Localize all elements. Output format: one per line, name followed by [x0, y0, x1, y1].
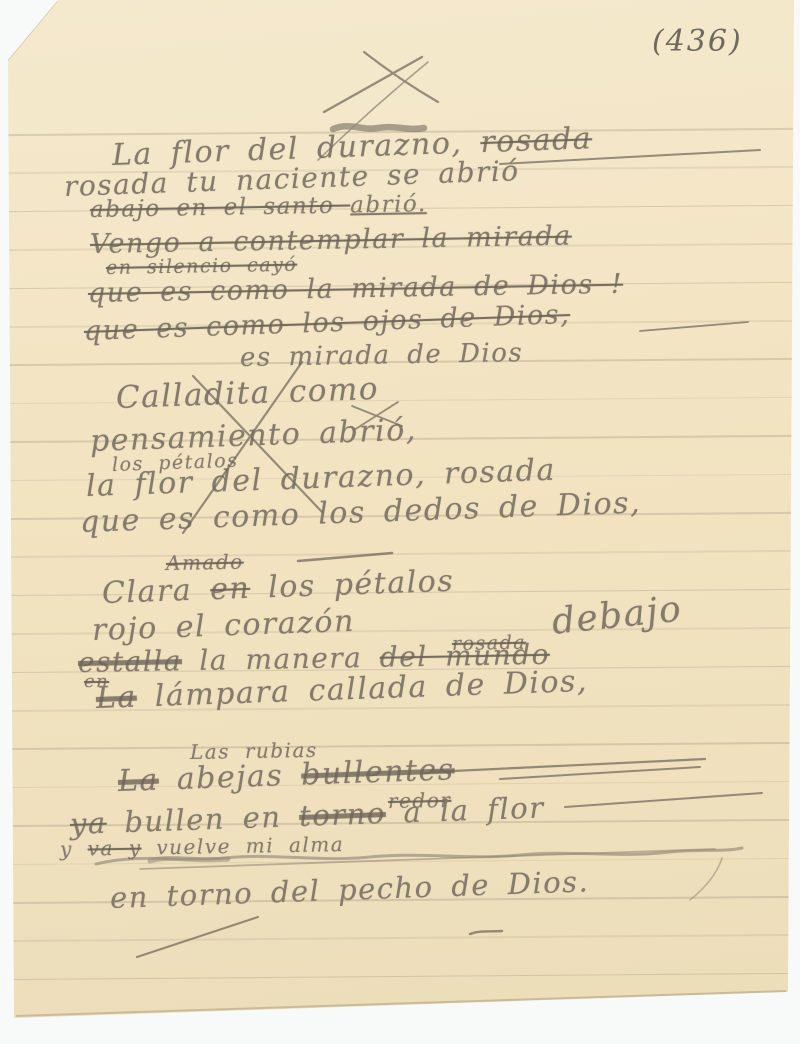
manuscript-line: pensamiento abrió, [89, 413, 417, 459]
handwritten-text: y [60, 837, 88, 861]
handwritten-text: Calladita como [115, 371, 379, 416]
manuscript-line: en torno del pecho de Dios. [109, 864, 589, 915]
manuscript-paper: (436) La flor del durazno, rosadarosada … [0, 0, 800, 1044]
handwritten-text: Clara [101, 572, 210, 611]
handwritten-text: pensamiento abrió, [89, 413, 417, 459]
handwritten-text: es mirada de Dios [240, 338, 524, 373]
manuscript-line: debajo [550, 588, 684, 642]
manuscript-line: Calladita como [115, 371, 379, 416]
struck-text: torno [299, 796, 387, 833]
manuscript-text: La flor del durazno, rosadarosada tu nac… [0, 0, 800, 1044]
manuscript-line: abajo en el santo abrió. [90, 191, 427, 223]
struck-text: va y [87, 836, 141, 861]
struck-text: La [95, 680, 137, 716]
handwritten-text: a la flor [385, 790, 545, 830]
manuscript-line: Vengo a contemplar la mirada [90, 221, 572, 260]
struck-text: abajo en el santo [90, 192, 351, 223]
manuscript-line: Clara en los pétalos [101, 564, 454, 611]
handwritten-text: en torno del pecho de Dios. [109, 864, 589, 915]
struck-text: bullentes [301, 752, 456, 792]
handwritten-text: debajo [550, 588, 684, 642]
handwritten-text: abrió. [350, 191, 427, 218]
struck-text: Vengo a contemplar la mirada [90, 221, 572, 260]
handwritten-text: vuelve mi alma [141, 832, 344, 860]
manuscript-line: es mirada de Dios [240, 338, 524, 373]
handwritten-text: abejas [158, 758, 302, 798]
scan-background: { "page": { "number_label": "(436)" }, "… [0, 0, 800, 1044]
struck-text: La [117, 763, 159, 799]
manuscript-line: y va y vuelve mi alma [60, 832, 345, 861]
handwritten-text: los pétalos [250, 564, 455, 606]
struck-text: en [210, 571, 251, 607]
